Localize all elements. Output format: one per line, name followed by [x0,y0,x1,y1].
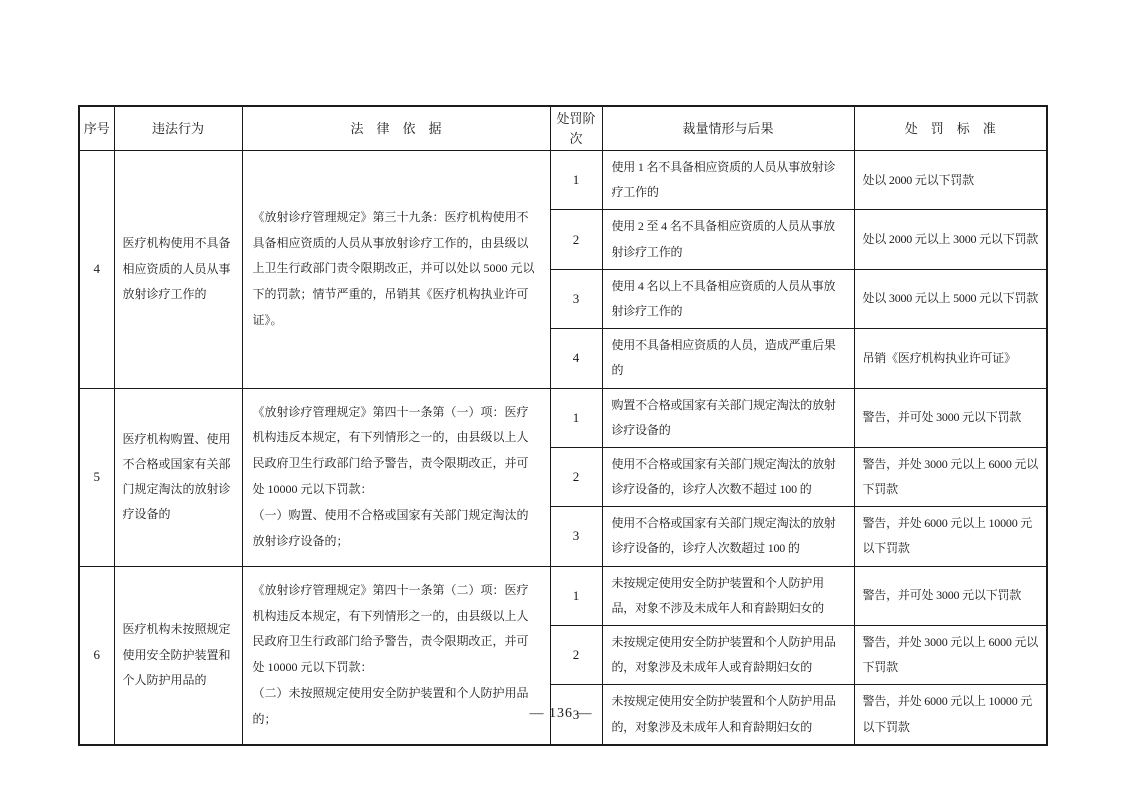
row-number-cell: 4 [79,151,114,389]
table-row: 4 医疗机构使用不具备相应资质的人员从事放射诊疗工作的 《放射诊疗管理规定》第三… [79,151,1047,210]
situation-cell: 未按规定使用安全防护装置和个人防护用品的，对象涉及未成年人或育龄期妇女的 [602,626,854,685]
penalty-level-cell: 2 [550,626,602,685]
situation-cell: 使用 1 名不具备相应资质的人员从事放射诊疗工作的 [602,151,854,210]
standard-cell: 吊销《医疗机构执业许可证》 [854,329,1047,388]
standard-cell: 处以 2000 元以下罚款 [854,151,1047,210]
penalty-level-cell: 1 [550,566,602,625]
col-header-penalty-level: 处罚阶次 [550,106,602,151]
situation-cell: 未按规定使用安全防护装置和个人防护用品，对象不涉及未成年人和育龄期妇女的 [602,566,854,625]
situation-cell: 购置不合格或国家有关部门规定淘汰的放射诊疗设备的 [602,388,854,447]
col-header-behavior: 违法行为 [114,106,242,151]
col-header-situation: 裁量情形与后果 [602,106,854,151]
situation-cell: 使用不合格或国家有关部门规定淘汰的放射诊疗设备的，诊疗人次数不超过 100 的 [602,447,854,506]
table-row: 5 医疗机构购置、使用不合格或国家有关部门规定淘汰的放射诊疗设备的 《放射诊疗管… [79,388,1047,447]
document-page: 序号 违法行为 法 律 依 据 处罚阶次 裁量情形与后果 处 罚 标 准 4 医… [0,0,1122,793]
behavior-cell: 医疗机构购置、使用不合格或国家有关部门规定淘汰的放射诊疗设备的 [114,388,242,566]
situation-cell: 使用不具备相应资质的人员，造成严重后果的 [602,329,854,388]
legal-basis-cell: 《放射诊疗管理规定》第四十一条第（一）项：医疗机构违反本规定，有下列情形之一的，… [242,388,550,566]
situation-cell: 使用 2 至 4 名不具备相应资质的人员从事放射诊疗工作的 [602,210,854,269]
penalty-level-cell: 3 [550,269,602,328]
standard-cell: 警告，并处 3000 元以上 6000 元以下罚款 [854,626,1047,685]
standard-cell: 警告，并处 3000 元以上 6000 元以下罚款 [854,447,1047,506]
col-header-serial: 序号 [79,106,114,151]
table-row: 6 医疗机构未按照规定使用安全防护装置和个人防护用品的 《放射诊疗管理规定》第四… [79,566,1047,625]
col-header-standard: 处 罚 标 准 [854,106,1047,151]
legal-basis-cell: 《放射诊疗管理规定》第三十九条：医疗机构使用不具备相应资质的人员从事放射诊疗工作… [242,151,550,389]
penalty-level-cell: 2 [550,210,602,269]
standard-cell: 处以 3000 元以上 5000 元以下罚款 [854,269,1047,328]
standard-cell: 警告，并可处 3000 元以下罚款 [854,388,1047,447]
situation-cell: 使用 4 名以上不具备相应资质的人员从事放射诊疗工作的 [602,269,854,328]
penalty-level-cell: 2 [550,447,602,506]
table-header-row: 序号 违法行为 法 律 依 据 处罚阶次 裁量情形与后果 处 罚 标 准 [79,106,1047,151]
situation-cell: 使用不合格或国家有关部门规定淘汰的放射诊疗设备的，诊疗人次数超过 100 的 [602,507,854,566]
penalty-level-cell: 4 [550,329,602,388]
standard-cell: 处以 2000 元以上 3000 元以下罚款 [854,210,1047,269]
penalty-level-cell: 3 [550,507,602,566]
row-number-cell: 5 [79,388,114,566]
standard-cell: 警告，并处 6000 元以上 10000 元以下罚款 [854,507,1047,566]
penalty-level-cell: 1 [550,388,602,447]
standard-cell: 警告，并可处 3000 元以下罚款 [854,566,1047,625]
penalty-table: 序号 违法行为 法 律 依 据 处罚阶次 裁量情形与后果 处 罚 标 准 4 医… [78,105,1048,746]
behavior-cell: 医疗机构使用不具备相应资质的人员从事放射诊疗工作的 [114,151,242,389]
penalty-level-cell: 1 [550,151,602,210]
col-header-legal-basis: 法 律 依 据 [242,106,550,151]
page-number: — 136 — [0,706,1122,722]
